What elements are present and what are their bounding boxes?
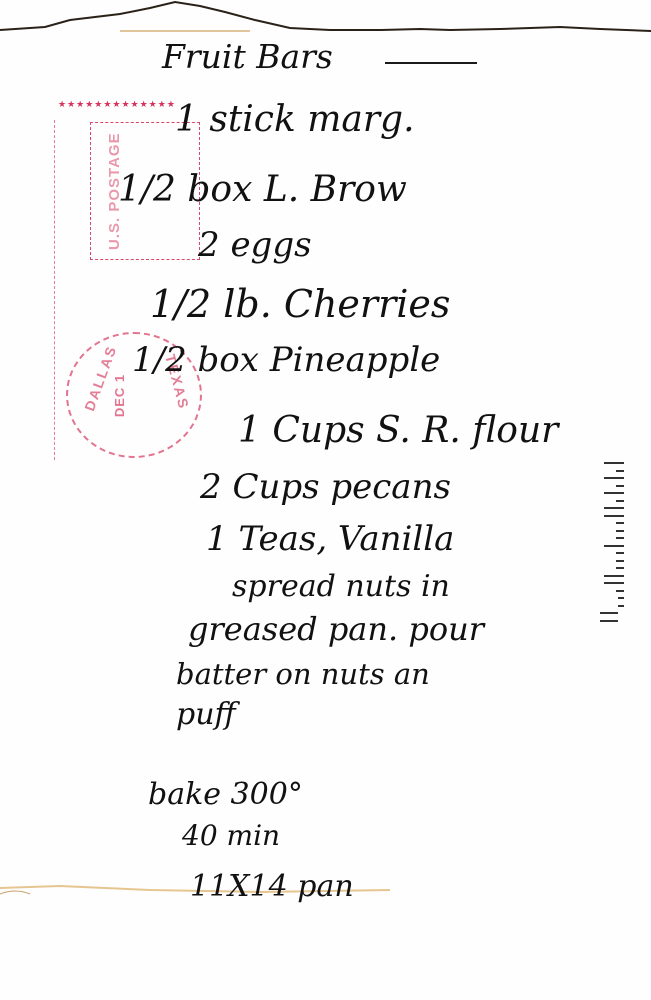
ingredient-line: 2 Cups pecans [200, 470, 451, 504]
title-underline [385, 62, 477, 64]
ruler-tick [618, 597, 624, 599]
torn-paper-edge [0, 0, 651, 34]
ingredient-line: 1 Cups S. R. flour [238, 413, 558, 449]
ingredient-line: 1 Teas, Vanilla [206, 522, 454, 556]
ruler-tick [616, 470, 624, 472]
ruler-tick [604, 515, 624, 517]
ruler-tick [616, 560, 624, 562]
ruler-tick [604, 575, 624, 577]
ingredient-line: 2 eggs [198, 228, 312, 262]
pan-size: 11X14 pan [190, 872, 354, 902]
recipe-paper: ★★★★★★★★★★★★★ U.S. POSTAGE DALLAS DEC 1 … [0, 0, 651, 1000]
instruction-line: puff [176, 700, 236, 730]
ruler-tick [604, 507, 624, 509]
ruler-tick [604, 545, 624, 547]
instruction-line: batter on nuts an [176, 660, 430, 689]
ruler-marks [600, 462, 624, 632]
instruction-line: greased pan. pour [188, 613, 484, 645]
postmark-date: DEC 1 [112, 374, 127, 417]
ingredient-line: 1/2 lb. Cherries [150, 285, 450, 323]
bake-time: 40 min [182, 822, 280, 850]
instruction-line: spread nuts in [232, 572, 450, 602]
ruler-tick [616, 530, 624, 532]
ruler-tick [616, 552, 624, 554]
ruler-tick [600, 620, 618, 622]
ruler-tick [616, 590, 624, 592]
ruler-tick [604, 477, 624, 479]
recipe-title: Fruit Bars [162, 40, 333, 73]
ruler-tick [616, 522, 624, 524]
stamp-perforation [54, 120, 63, 460]
bake-temperature: bake 300° [148, 780, 303, 810]
ruler-tick [616, 500, 624, 502]
ruler-tick [600, 612, 618, 614]
ruler-tick [604, 492, 624, 494]
ruler-tick [616, 537, 624, 539]
ingredient-line: 1 stick marg. [175, 102, 415, 138]
ruler-tick [616, 485, 624, 487]
ruler-tick [616, 567, 624, 569]
ruler-tick [618, 605, 624, 607]
ingredient-line: 1/2 box L. Brow [118, 172, 407, 208]
ruler-tick [604, 582, 624, 584]
ingredient-line: 1/2 box Pineapple [132, 343, 440, 377]
stamp-stars: ★★★★★★★★★★★★★ [58, 100, 176, 110]
ruler-tick [604, 462, 624, 464]
